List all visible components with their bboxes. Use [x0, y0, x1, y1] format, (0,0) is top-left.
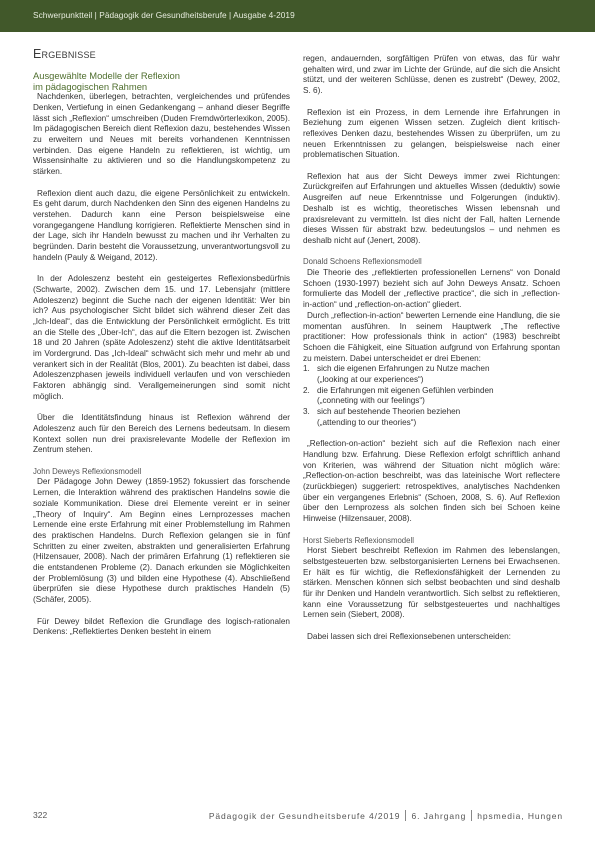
publication-info: Pädagogik der Gesundheitsberufe 4/20196.… [209, 810, 563, 821]
paragraph: Für Dewey bildet Reflexion die Grundlage… [33, 617, 290, 638]
running-title: Schwerpunktteil | Pädagogik der Gesundhe… [33, 10, 295, 20]
subtitle-line-1: Ausgewählte Modelle der Reflexion [33, 71, 290, 82]
left-column: Ergebnisse Ausgewählte Modelle der Refle… [33, 47, 290, 638]
list-quote: („conneting with our feelings“) [317, 396, 425, 405]
list-text: die Erfahrungen mit eigenen Gefühlen ver… [317, 386, 494, 395]
divider [471, 810, 472, 821]
dewey-model-title: John Deweys Reflexionsmodell [33, 467, 290, 478]
header-bar: Schwerpunktteil | Pädagogik der Gesundhe… [0, 0, 595, 32]
paragraph: Über die Identitätsfindung hinaus ist Re… [33, 413, 290, 456]
list-quote: („attending to our theories“) [317, 418, 416, 427]
paragraph: Reflexion hat aus der Sicht Deweys immer… [303, 172, 560, 247]
divider [405, 810, 406, 821]
page-footer: 322 Pädagogik der Gesundheitsberufe 4/20… [33, 810, 563, 822]
siebert-model-title: Horst Sieberts Reflexionsmodell [303, 536, 560, 547]
paragraph: Der Pädagoge John Dewey (1859-1952) foku… [33, 477, 290, 605]
paragraph: Reflexion ist ein Prozess, in dem Lernen… [303, 108, 560, 162]
reflection-levels-list: 1. sich die eigenen Erfahrungen zu Nutze… [303, 364, 560, 428]
paragraph: In der Adoleszenz besteht ein gesteigert… [33, 274, 290, 402]
publisher: hpsmedia, Hungen [477, 811, 563, 821]
list-item: 1. sich die eigenen Erfahrungen zu Nutze… [303, 364, 560, 385]
section-title: Ergebnisse [33, 47, 290, 61]
paragraph: Reflexion dient auch dazu, die eigene Pe… [33, 189, 290, 264]
paragraph: Die Theorie des „reflektierten professio… [303, 268, 560, 311]
paragraph: Dabei lassen sich drei Reflexionsebenen … [303, 632, 560, 643]
paragraph-continuation: regen, andauernden, sorgfältigen Prüfen … [303, 54, 560, 97]
subtitle-line-2: im pädagogischen Rahmen [33, 82, 290, 93]
list-item: 3. sich auf bestehende Theorien beziehen… [303, 407, 560, 428]
page-number: 322 [33, 810, 47, 820]
paragraph: Durch „reflection-in-action“ bewerten Le… [303, 311, 560, 365]
paragraph: „Reflection-on-action“ bezieht sich auf … [303, 439, 560, 525]
schoen-model-title: Donald Schoens Reflexionsmodell [303, 257, 560, 268]
journal-issue: Pädagogik der Gesundheitsberufe 4/2019 [209, 811, 401, 821]
list-text: sich auf bestehende Theorien beziehen [317, 407, 460, 416]
list-item: 2. die Erfahrungen mit eigenen Gefühlen … [303, 386, 560, 407]
paragraph: Nachdenken, überlegen, betrachten, vergl… [33, 92, 290, 178]
list-number: 2. [303, 386, 310, 397]
list-quote: („looking at our experiences“) [317, 375, 424, 384]
list-number: 3. [303, 407, 310, 418]
list-number: 1. [303, 364, 310, 375]
volume: 6. Jahrgang [411, 811, 466, 821]
paragraph: Horst Siebert beschreibt Reflexion im Ra… [303, 546, 560, 621]
list-text: sich die eigenen Erfahrungen zu Nutze ma… [317, 364, 490, 373]
right-column: regen, andauernden, sorgfältigen Prüfen … [303, 54, 560, 643]
